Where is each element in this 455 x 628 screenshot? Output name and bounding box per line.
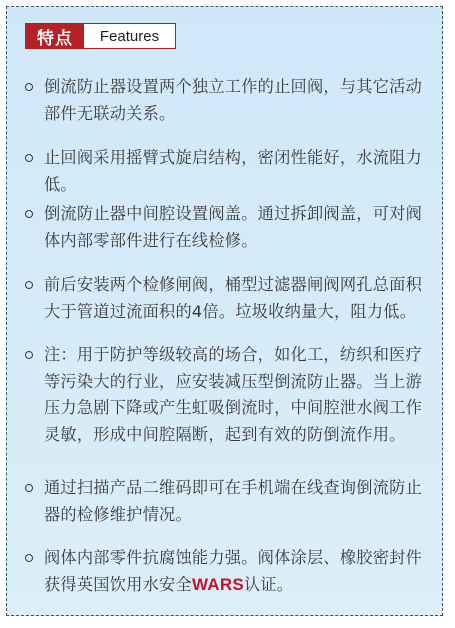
header-title-cn: 特点 (26, 24, 84, 48)
feature-text: 阀体内部零件抗腐蚀能力强。阀体涂层、橡胶密封件获得英国饮用水安全WARS认证。 (44, 545, 438, 598)
header-title-en: Features (84, 24, 175, 48)
feature-text: 前后安装两个检修闸阀，桶型过滤器闸阀网孔总面积大于管道过流面积的4倍。垃圾收纳量… (44, 272, 438, 325)
features-header-tag: 特点 Features (25, 23, 176, 49)
feature-text: 通过扫描产品二维码即可在手机端在线查询倒流防止器的检修维护情况。 (44, 475, 438, 528)
circle-bullet-icon (25, 83, 33, 91)
feature-text-part: 认证。 (244, 575, 293, 594)
wars-highlight: WARS (192, 575, 244, 594)
feature-item: 前后安装两个检修闸阀，桶型过滤器闸阀网孔总面积大于管道过流面积的4倍。垃圾收纳量… (22, 272, 442, 325)
circle-bullet-icon (25, 154, 33, 162)
feature-item: 倒流防止器设置两个独立工作的止回阀，与其它活动部件无联动关系。 (22, 74, 442, 127)
circle-bullet-icon (25, 351, 33, 359)
feature-text: 注：用于防护等级较高的场合，如化工，纺织和医疗等污染大的行业，应安装减压型倒流防… (44, 342, 438, 448)
feature-item: 通过扫描产品二维码即可在手机端在线查询倒流防止器的检修维护情况。 (22, 475, 442, 528)
feature-item: 倒流防止器中间腔设置阀盖。通过拆卸阀盖，可对阀体内部零部件进行在线检修。 (22, 201, 442, 254)
circle-bullet-icon (25, 554, 33, 562)
circle-bullet-icon (25, 210, 33, 218)
feature-text: 止回阀采用摇臂式旋启结构，密闭性能好，水流阻力低。 (44, 145, 438, 198)
feature-text: 倒流防止器设置两个独立工作的止回阀，与其它活动部件无联动关系。 (44, 74, 438, 127)
feature-item: 止回阀采用摇臂式旋启结构，密闭性能好，水流阻力低。 (22, 145, 442, 198)
feature-item: 注：用于防护等级较高的场合，如化工，纺织和医疗等污染大的行业，应安装减压型倒流防… (22, 342, 442, 448)
feature-item: 阀体内部零件抗腐蚀能力强。阀体涂层、橡胶密封件获得英国饮用水安全WARS认证。 (22, 545, 442, 598)
feature-text: 倒流防止器中间腔设置阀盖。通过拆卸阀盖，可对阀体内部零部件进行在线检修。 (44, 201, 438, 254)
circle-bullet-icon (25, 484, 33, 492)
circle-bullet-icon (25, 281, 33, 289)
